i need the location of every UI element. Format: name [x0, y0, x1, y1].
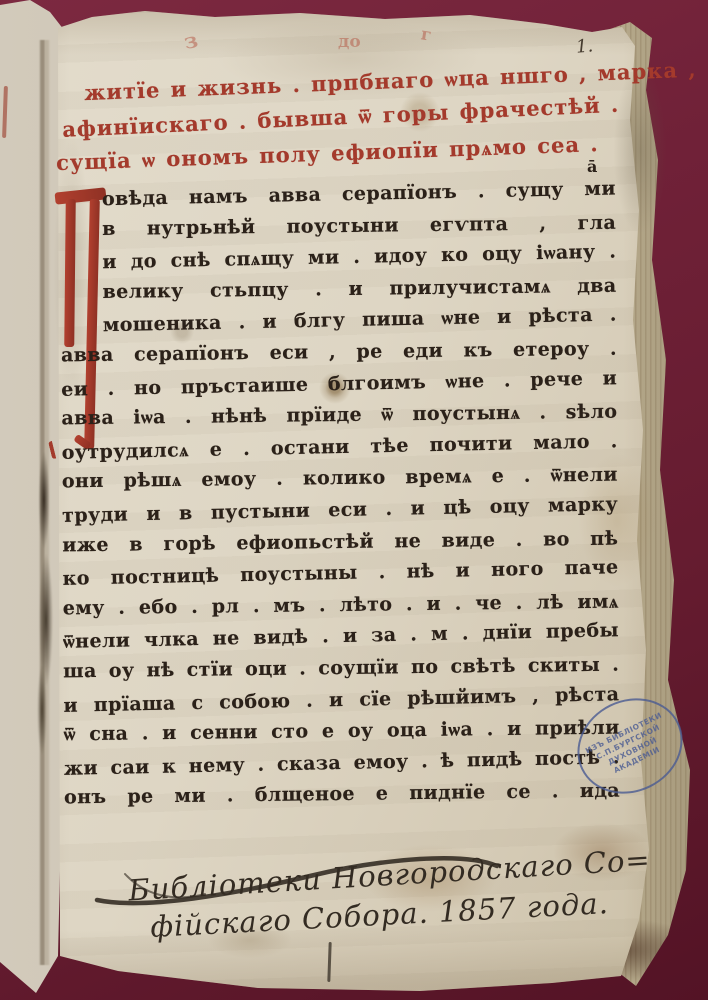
faded-red-doodle: г — [419, 24, 432, 45]
folio-number: 1. — [575, 35, 594, 57]
pen-mark — [327, 942, 331, 982]
ink-layer: з до г 1. житїе и жизнь . прпбнаго ѡца н… — [0, 0, 708, 1000]
main-text-block: овѣда намъ авва серапїонъ . сущу ми в ну… — [60, 177, 620, 813]
faded-red-doodle: до — [338, 32, 361, 52]
faded-red-doodle: з — [182, 27, 200, 54]
manuscript-photo: з до г 1. житїе и жизнь . прпбнаго ѡца н… — [0, 0, 708, 1000]
text-line: онъ ре ми . блщеное е пиднїе се . ида — [64, 776, 620, 814]
